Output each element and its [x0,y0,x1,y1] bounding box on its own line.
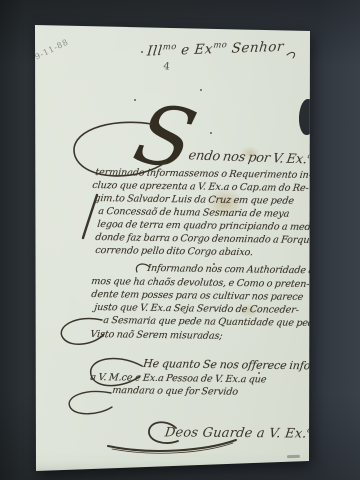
paper-shadow-wrap: 39-11-88 Illmo e Exmo Senhor 4 S endo no… [0,0,360,480]
opening-text: endo nos por V. Ex. [187,148,308,167]
edge-ink-blot [298,98,316,135]
closing-formula: Deos Guarde a V. Ex.a [164,424,313,442]
opening-superscript: a [307,151,313,160]
opening-text: de- [310,153,335,169]
manuscript-sheet: 39-11-88 Illmo e Exmo Senhor 4 S endo no… [0,0,360,480]
manuscript-line: mandara o que for Servido [112,385,239,398]
manuscript-line: He quanto Se nos offerece informar [142,357,338,373]
photographed-manuscript-scene: 39-11-88 Illmo e Exmo Senhor 4 S endo no… [0,0,360,480]
manuscript-line: cluzo que aprezenta a V. Ex.a o Cap.am d… [92,180,310,194]
ink-speck [141,51,143,53]
ink-speck [200,89,202,91]
manuscript-line: gim.to Salvador Luis da Cruz em que pede [94,193,295,207]
salutation-text: Senhor [226,39,285,57]
salutation-end-curl [287,52,295,58]
archive-stamp-smudge [287,455,300,458]
closing-superscript: a [307,425,313,434]
mandara-flourish [69,392,112,414]
manuscript-line: a V. M.ce e Ex.a Pessoa de V. Ex.a que [90,372,267,385]
closing-text: Deos Guarde a V. Ex. [164,425,308,441]
salutation-text: Ill [146,43,163,60]
manuscript-line: correndo pello dito Corgo abaixo. [95,245,254,258]
manuscript-line: a Sesmaria que pede na Quantidade que pe… [103,315,320,329]
manuscript-line: dente tem posses para os cultivar nos pa… [91,289,304,303]
manuscript-line: Visto naõ Serem misuradas; [90,329,223,342]
closing-underline-swash [108,440,236,451]
opening-line: endo nos por V. Ex.a de- [187,147,335,168]
folio-number: 4 [163,61,170,73]
ink-speck [210,132,212,134]
manuscript-line: legoa de terra em quadro principiando a … [97,219,331,233]
salutation-line: Illmo e Exmo Senhor [146,37,285,59]
manuscript-line: justo que V. Ex.a Seja Servido de Conced… [94,302,300,316]
closing-underline-echo [112,443,233,453]
salutation-text: e Ex [176,41,214,58]
ink-speck [134,99,136,101]
pencil-date-annotation: 39-11-88 [28,37,70,64]
salutation-superscript: mo [213,39,228,50]
manuscript-line: a Concessaõ de huma Sesmaria de meya [98,206,290,220]
manuscript-line: donde faz barra o Corgo denominado a For… [95,232,328,246]
manuscript-line: mos que ha chaõs devolutos, e Como o pre… [91,276,310,290]
manuscript-line: Informando nos com Authoridade acha- [147,263,335,277]
